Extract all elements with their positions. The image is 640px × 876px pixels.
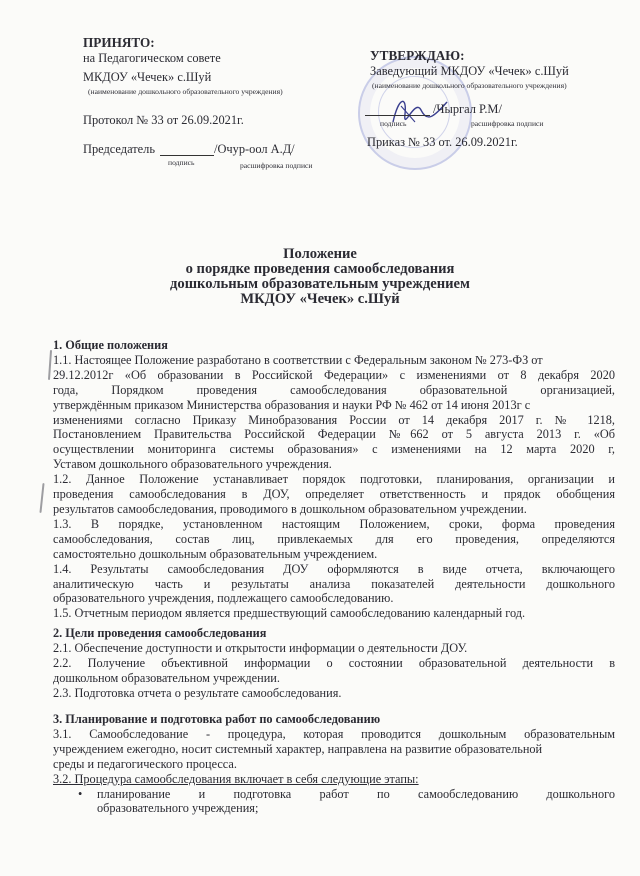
doc-title-4: МКДОУ «Чечек» с.Шуй — [0, 291, 640, 308]
paragraph-line: самостоятельно дошкольным образовательны… — [53, 547, 615, 562]
paragraph-line: 2.2. Получение объективной информации о … — [53, 656, 615, 671]
accepted-org-note: (наименование дошкольного образовательно… — [88, 87, 283, 96]
paragraph-line: 29.12.2012г «Об образовании в Российской… — [53, 368, 615, 383]
accepted-heading: ПРИНЯТО: — [83, 35, 155, 51]
chair-signature-line — [160, 155, 214, 156]
chair-decode-note: расшифровка подписи — [240, 161, 312, 170]
section-1: 1. Общие положения 1.1. Настоящее Положе… — [53, 338, 615, 621]
scan-mark — [39, 483, 44, 513]
paragraph-line: Уставом дошкольного образовательного учр… — [53, 457, 615, 472]
chair-name: /Очур-оол А.Д/ — [214, 142, 295, 157]
order-line: Приказ № 33 от. 26.09.2021г. — [367, 135, 518, 150]
accepted-org: МКДОУ «Чечек» с.Шуй — [83, 70, 211, 85]
paragraph-line: Постановлением Правительства Российской … — [53, 427, 615, 442]
section-heading: 3. Планирование и подготовка работ по са… — [53, 712, 615, 727]
paragraph-line: изменениями согласно Приказу Минобразова… — [53, 413, 615, 428]
approved-heading: УТВЕРЖДАЮ: — [370, 48, 465, 64]
paragraph-line: 1.3. В порядке, установленном настоящим … — [53, 517, 615, 532]
scan-mark — [48, 350, 52, 380]
bullet-item-continuation: образовательного учреждения; — [53, 801, 615, 816]
paragraph-line: 2.3. Подготовка отчета о результате само… — [53, 686, 615, 701]
paragraph-line: 1.1. Настоящее Положение разработано в с… — [53, 353, 615, 368]
paragraph-line: утверждённым приказом Министерства образ… — [53, 398, 615, 413]
paragraph-line: дошкольном образовательном учреждении. — [53, 671, 615, 686]
paragraph-line: результатов самообследования, проводимог… — [53, 502, 615, 517]
paragraph-line: года, Порядком проведения самообследован… — [53, 383, 615, 398]
bullet-icon: • — [78, 787, 82, 802]
section-heading: 2. Цели проведения самообследования — [53, 626, 615, 641]
paragraph-line: 1.4. Результаты самообследования ДОУ офо… — [53, 562, 615, 577]
paragraph-line: 1.5. Отчетным периодом является предшест… — [53, 606, 615, 621]
protocol-line: Протокол № 33 от 26.09.2021г. — [83, 113, 244, 128]
paragraph-line: самообследования, состав лиц, привлекаем… — [53, 532, 615, 547]
approved-org-note: (наименование дошкольного образовательно… — [372, 81, 567, 90]
head-name: /Чыргал Р.М/ — [433, 102, 502, 117]
paragraph-line: проведения самообследования в ДОУ, опред… — [53, 487, 615, 502]
approved-position: Заведующий МКДОУ «Чечек» с.Шуй — [370, 64, 569, 79]
paragraph-line: учреждением ежегодно, носит системный ха… — [53, 742, 615, 757]
document-page: ПРИНЯТО: на Педагогическом совете МКДОУ … — [0, 0, 640, 876]
accepted-council: на Педагогическом совете — [83, 51, 221, 66]
paragraph-line: осуществлении мониторинга системы образо… — [53, 442, 615, 457]
paragraph-line: 2.1. Обеспечение доступности и открытост… — [53, 641, 615, 656]
section-2: 2. Цели проведения самообследования 2.1.… — [53, 626, 615, 701]
section-heading: 1. Общие положения — [53, 338, 615, 353]
paragraph-line: образовательного учреждения, подлежащего… — [53, 591, 615, 606]
chair-label: Председатель — [83, 142, 155, 157]
paragraph-line: аналитическую часть и результаты анализа… — [53, 577, 615, 592]
section-3: 3. Планирование и подготовка работ по са… — [53, 712, 615, 816]
head-signature-line — [365, 115, 430, 116]
head-sign-note: подпись — [380, 119, 406, 128]
paragraph-line: 3.1. Самообследование - процедура, котор… — [53, 727, 615, 742]
head-decode-note: расшифровка подписи — [471, 119, 543, 128]
paragraph-line-underlined: 3.2. Процедура самообследования включает… — [53, 772, 615, 787]
chair-sign-note: подпись — [168, 158, 194, 167]
paragraph-line: среды и педагогического процесса. — [53, 757, 615, 772]
bullet-item: • планирование и подготовка работ по сам… — [53, 787, 615, 802]
paragraph-line: 1.2. Данное Положение устанавливает поря… — [53, 472, 615, 487]
bullet-text: образовательного учреждения; — [97, 801, 615, 816]
bullet-text: планирование и подготовка работ по самоо… — [97, 787, 615, 802]
